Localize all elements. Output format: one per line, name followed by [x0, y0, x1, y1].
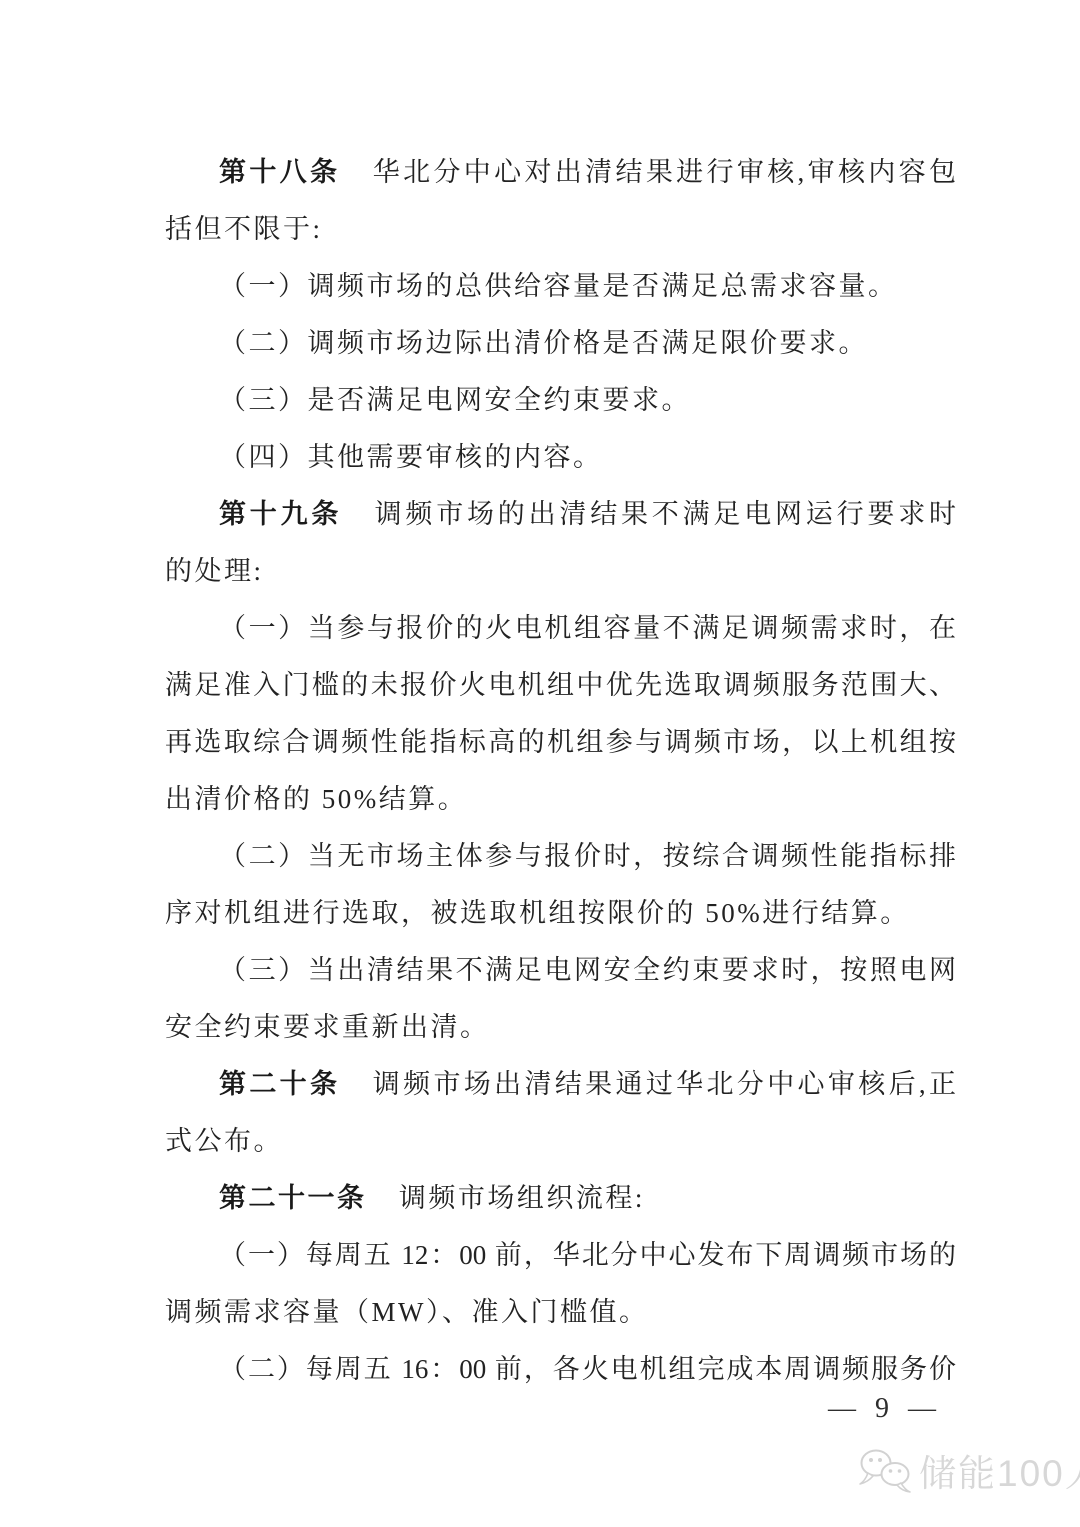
text-line: 的处理:: [165, 543, 956, 600]
line-text: 调频市场出清结果通过华北分中心审核后,正: [373, 1069, 956, 1099]
line-text: （三）当出清结果不满足电网安全约束要求时，按照电网: [219, 955, 956, 985]
text-column: 第十八条华北分中心对出清结果进行审核,审核内容包括但不限于:（一）调频市场的总供…: [165, 144, 956, 1398]
text-line: 序对机组进行选取，被选取机组按限价的 50%进行结算。: [165, 885, 956, 942]
line-text: 式公布。: [165, 1126, 283, 1156]
line-text: （二）每周五 16：00 前，各火电机组完成本周调频服务价: [219, 1354, 956, 1384]
page-number: — 9 —: [828, 1393, 937, 1425]
line-text: 满足准入门槛的未报价火电机组中优先选取调频服务范围大、: [165, 670, 956, 700]
text-line: 式公布。: [165, 1113, 956, 1170]
article-number: 第十九条: [219, 499, 342, 529]
text-line: （二）当无市场主体参与报价时，按综合调频性能指标排: [165, 828, 956, 885]
text-line: 调频需求容量（MW）、准入门槛值。: [165, 1284, 956, 1341]
line-text: 安全约束要求重新出清。: [165, 1012, 490, 1042]
line-text: 调频市场组织流程:: [399, 1183, 645, 1213]
watermark-label: 储能100人: [919, 1455, 1080, 1492]
text-line: （二）调频市场边际出清价格是否满足限价要求。: [165, 315, 956, 372]
line-text: （四）其他需要审核的内容。: [219, 442, 603, 472]
line-text: （一）每周五 12：00 前，华北分中心发布下周调频市场的: [219, 1240, 956, 1270]
line-text: 序对机组进行选取，被选取机组按限价的 50%进行结算。: [165, 898, 910, 928]
text-line: 再选取综合调频性能指标高的机组参与调频市场，以上机组按: [165, 714, 956, 771]
text-line: 安全约束要求重新出清。: [165, 999, 956, 1056]
line-text: 调频需求容量（MW）、准入门槛值。: [165, 1297, 649, 1327]
text-line: （二）每周五 16：00 前，各火电机组完成本周调频服务价: [165, 1341, 956, 1398]
text-line: （一）当参与报价的火电机组容量不满足调频需求时，在: [165, 600, 956, 657]
line-text: 再选取综合调频性能指标高的机组参与调频市场，以上机组按: [165, 727, 956, 757]
text-line: 第十九条调频市场的出清结果不满足电网运行要求时: [165, 486, 956, 543]
wechat-watermark: 储能100人: [858, 1446, 1080, 1500]
text-line: （三）当出清结果不满足电网安全约束要求时，按照电网: [165, 942, 956, 999]
article-number: 第二十条: [219, 1069, 340, 1099]
line-text: 括但不限于:: [165, 214, 323, 244]
text-line: （四）其他需要审核的内容。: [165, 429, 956, 486]
text-line: 括但不限于:: [165, 201, 956, 258]
text-line: 出清价格的 50%结算。: [165, 771, 956, 828]
line-text: 华北分中心对出清结果进行审核,审核内容包: [373, 157, 956, 187]
line-text: 出清价格的 50%结算。: [165, 784, 467, 814]
text-line: （一）调频市场的总供给容量是否满足总需求容量。: [165, 258, 956, 315]
article-number: 第十八条: [219, 157, 340, 187]
text-line: （三）是否满足电网安全约束要求。: [165, 372, 956, 429]
line-text: （二）当无市场主体参与报价时，按综合调频性能指标排: [219, 841, 956, 871]
article-number: 第二十一条: [219, 1183, 367, 1213]
line-text: （二）调频市场边际出清价格是否满足限价要求。: [219, 328, 868, 358]
wechat-logo-icon: [858, 1446, 914, 1500]
line-text: 的处理:: [165, 556, 264, 586]
text-line: 第十八条华北分中心对出清结果进行审核,审核内容包: [165, 144, 956, 201]
line-text: （三）是否满足电网安全约束要求。: [219, 385, 691, 415]
document-page: 第十八条华北分中心对出清结果进行审核,审核内容包括但不限于:（一）调频市场的总供…: [0, 0, 1080, 1527]
text-line: （一）每周五 12：00 前，华北分中心发布下周调频市场的: [165, 1227, 956, 1284]
line-text: 调频市场的出清结果不满足电网运行要求时: [375, 499, 956, 529]
line-text: （一）当参与报价的火电机组容量不满足调频需求时，在: [219, 613, 956, 643]
line-text: （一）调频市场的总供给容量是否满足总需求容量。: [219, 271, 898, 301]
text-line: 第二十一条调频市场组织流程:: [165, 1170, 956, 1227]
text-line: 满足准入门槛的未报价火电机组中优先选取调频服务范围大、: [165, 657, 956, 714]
text-line: 第二十条调频市场出清结果通过华北分中心审核后,正: [165, 1056, 956, 1113]
